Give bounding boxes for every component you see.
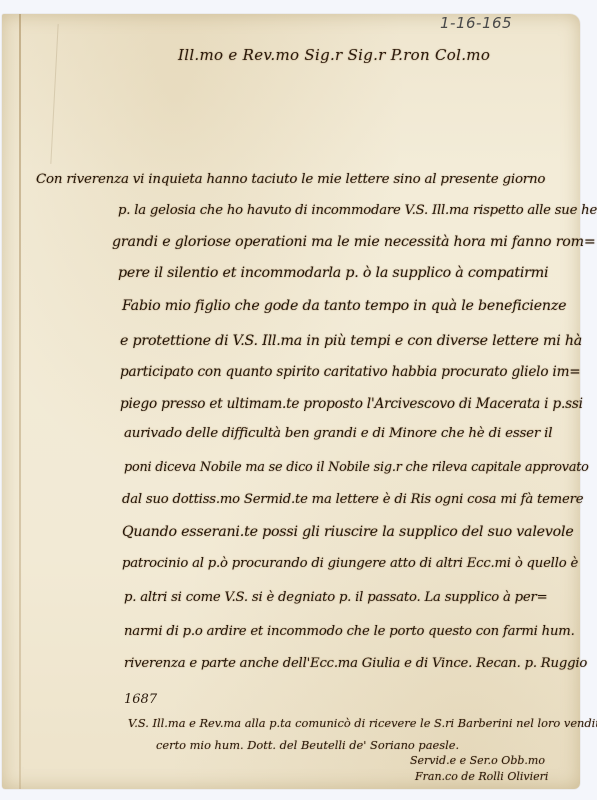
letter-line: Fabio mio figlio che gode da tanto tempo… bbox=[122, 298, 566, 314]
letter-line: dal suo dottiss.mo Sermid.te ma lettere … bbox=[122, 492, 583, 507]
letter-line: participato con quanto spirito caritativ… bbox=[120, 364, 580, 380]
letter-line: pere il silentio et incommodarla p. ò la… bbox=[118, 265, 548, 281]
letter-line: e protettione di V.S. Ill.ma in più temp… bbox=[120, 333, 582, 349]
letter-line: patrocinio al p.ò procurando di giungere… bbox=[122, 556, 578, 571]
postscript-line: V.S. Ill.ma e Rev.ma alla p.ta comunicò … bbox=[128, 716, 597, 730]
letter-line: riverenza e parte anche dell'Ecc.ma Giul… bbox=[124, 656, 587, 671]
letter-line: narmi di p.o ardire et incommodo che le … bbox=[124, 624, 575, 639]
letter-line: Con riverenza vi inquieta hanno taciuto … bbox=[36, 172, 545, 187]
letter-line: piego presso et ultimam.te proposto l'Ar… bbox=[120, 396, 583, 412]
signature: Fran.co de Rolli Olivieri bbox=[415, 770, 548, 783]
postscript-line: certo mio hum. Dott. del Beutelli de' So… bbox=[156, 738, 459, 752]
letter-line: grandi e gloriose operationi ma le mie n… bbox=[112, 234, 596, 250]
year: 1687 bbox=[124, 692, 157, 707]
letter-line: poni diceva Nobile ma se dico il Nobile … bbox=[124, 460, 589, 475]
letter-line: Quando esserani.te possi gli riuscire la… bbox=[122, 524, 574, 540]
letter-line: p. altri si come V.S. si è degniato p. i… bbox=[124, 590, 547, 605]
letter-line: aurivado delle difficultà ben grandi e d… bbox=[124, 426, 552, 441]
closing-line: Servid.e e Ser.o Obb.mo bbox=[410, 754, 545, 767]
letter-line: p. la gelosia che ho havuto di incommoda… bbox=[118, 203, 597, 218]
salutation: Ill.mo e Rev.mo Sig.r Sig.r P.ron Col.mo bbox=[178, 46, 490, 64]
archive-number: 1-16-165 bbox=[440, 14, 512, 32]
